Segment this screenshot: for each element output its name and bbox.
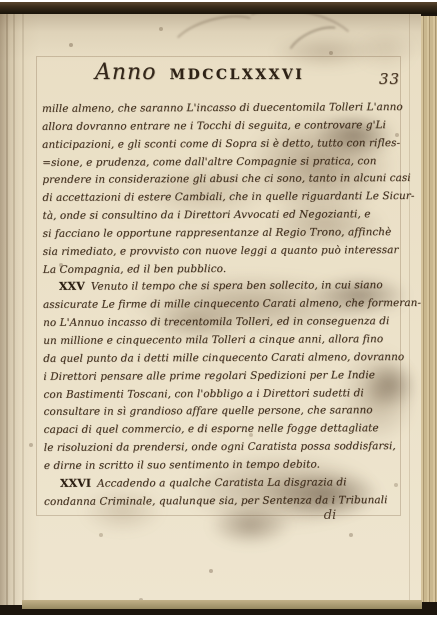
manuscript-line: e dirne in scritto il suo sentimento in … bbox=[38, 455, 404, 475]
manuscript-line: anticipazioni, e gli sconti come di Sopr… bbox=[36, 134, 402, 154]
line-text: le risoluzioni da prendersi, onde ogni C… bbox=[44, 440, 396, 454]
gutter-fold-line bbox=[22, 14, 24, 605]
book-photo: Anno MDCCLXXXVI 33 mille almeno, che sar… bbox=[0, 2, 437, 615]
gutter-fold-line bbox=[6, 14, 8, 605]
line-text: consultare in sì grandioso affare quelle… bbox=[44, 405, 373, 419]
manuscript-line: le risoluzioni da prendersi, onde ogni C… bbox=[38, 437, 404, 457]
line-text: mille almeno, che saranno L'incasso di d… bbox=[42, 101, 403, 115]
line-text: di accettazioni di estere Cambiali, che … bbox=[42, 190, 414, 204]
book-page-edges-right bbox=[421, 16, 437, 602]
page-heading: Anno MDCCLXXXVI bbox=[95, 60, 304, 85]
manuscript-line: consultare in sì grandioso affare quelle… bbox=[38, 401, 404, 421]
line-text: e dirne in scritto il suo sentimento in … bbox=[44, 458, 320, 471]
manuscript-line: XXVVenuto il tempo che si spera ben soll… bbox=[37, 276, 403, 296]
manuscript-line: no L'Annuo incasso di trecentomila Tolle… bbox=[37, 312, 403, 332]
manuscript-text-block: mille almeno, che saranno L'incasso di d… bbox=[36, 98, 404, 510]
manuscript-line: tà, onde si consultino da i Direttori Av… bbox=[36, 205, 402, 225]
manuscript-line: sia rimediato, e provvisto con nuove leg… bbox=[37, 241, 403, 261]
book-page-edges-bottom bbox=[22, 600, 422, 609]
line-text: =sione, e prudenza, come dall'altre Comp… bbox=[42, 155, 376, 169]
line-text: tà, onde si consultino da i Direttori Av… bbox=[43, 208, 371, 222]
line-text: da quel punto da i detti mille cinquecen… bbox=[43, 351, 404, 365]
manuscript-line: un millione e cinquecento mila Tolleri a… bbox=[37, 330, 403, 350]
line-text: con Bastimenti Toscani, con l'obbligo a … bbox=[43, 387, 363, 401]
line-text: Accadendo a qualche Caratista La disgraz… bbox=[97, 476, 347, 489]
line-text: condanna Criminale, qualunque sia, per S… bbox=[44, 494, 388, 508]
manuscript-line: allora dovranno entrare ne i Tocchi di s… bbox=[36, 116, 402, 136]
manuscript-line: =sione, e prudenza, come dall'altre Comp… bbox=[36, 152, 402, 172]
manuscript-line: con Bastimenti Toscani, con l'obbligo a … bbox=[37, 384, 403, 404]
book-binding-top-edge bbox=[0, 2, 437, 14]
manuscript-page: Anno MDCCLXXXVI 33 mille almeno, che sar… bbox=[0, 14, 421, 605]
manuscript-line: si facciano le opportune rappresentanze … bbox=[37, 223, 403, 243]
heading-year-roman: MDCCLXXXVI bbox=[170, 67, 305, 83]
manuscript-line: assicurate Le firme di mille cinquecento… bbox=[37, 294, 403, 314]
line-text: capaci di quel commercio, e di esporne n… bbox=[44, 422, 379, 436]
manuscript-line: mille almeno, che saranno L'incasso di d… bbox=[36, 98, 402, 118]
gutter-fold-line bbox=[13, 14, 15, 605]
line-text: sia rimediato, e provvisto con nuove leg… bbox=[43, 244, 399, 258]
line-text: La Compagnia, ed il ben pubblico. bbox=[43, 263, 226, 276]
heading-anno: Anno bbox=[95, 60, 156, 85]
line-text: anticipazioni, e gli sconti come di Sopr… bbox=[42, 137, 400, 151]
scanned-manuscript-screenshot: Anno MDCCLXXXVI 33 mille almeno, che sar… bbox=[0, 0, 438, 620]
line-text: si facciano le opportune rappresentanze … bbox=[43, 226, 392, 240]
manuscript-line: da quel punto da i detti mille cinquecen… bbox=[37, 348, 403, 368]
line-text: no L'Annuo incasso di trecentomila Tolle… bbox=[43, 315, 389, 329]
paragraph-numeral: XXVI bbox=[38, 476, 91, 489]
manuscript-line: di accettazioni di estere Cambiali, che … bbox=[36, 187, 402, 207]
catchword: di bbox=[290, 508, 370, 523]
line-text: i Direttori pensare alle prime regolari … bbox=[43, 369, 375, 383]
line-text: Venuto il tempo che si spera ben solleci… bbox=[91, 280, 383, 294]
manuscript-line: capaci di quel commercio, e di esporne n… bbox=[38, 419, 404, 439]
line-text: un millione e cinquecento mila Tolleri a… bbox=[43, 333, 383, 347]
line-text: prendere in considerazione gli abusi che… bbox=[42, 172, 410, 186]
line-text: assicurate Le firme di mille cinquecento… bbox=[43, 297, 421, 311]
line-text: allora dovranno entrare ne i Tocchi di s… bbox=[42, 119, 386, 133]
manuscript-line: prendere in considerazione gli abusi che… bbox=[36, 169, 402, 189]
manuscript-line: XXVIAccadendo a qualche Caratista La dis… bbox=[38, 473, 404, 493]
foxing-specks bbox=[0, 14, 2, 16]
manuscript-line: i Direttori pensare alle prime regolari … bbox=[37, 366, 403, 386]
manuscript-line: La Compagnia, ed il ben pubblico. bbox=[37, 259, 403, 279]
paragraph-numeral: XXV bbox=[37, 280, 85, 293]
folio-page-number: 33 bbox=[379, 70, 400, 88]
